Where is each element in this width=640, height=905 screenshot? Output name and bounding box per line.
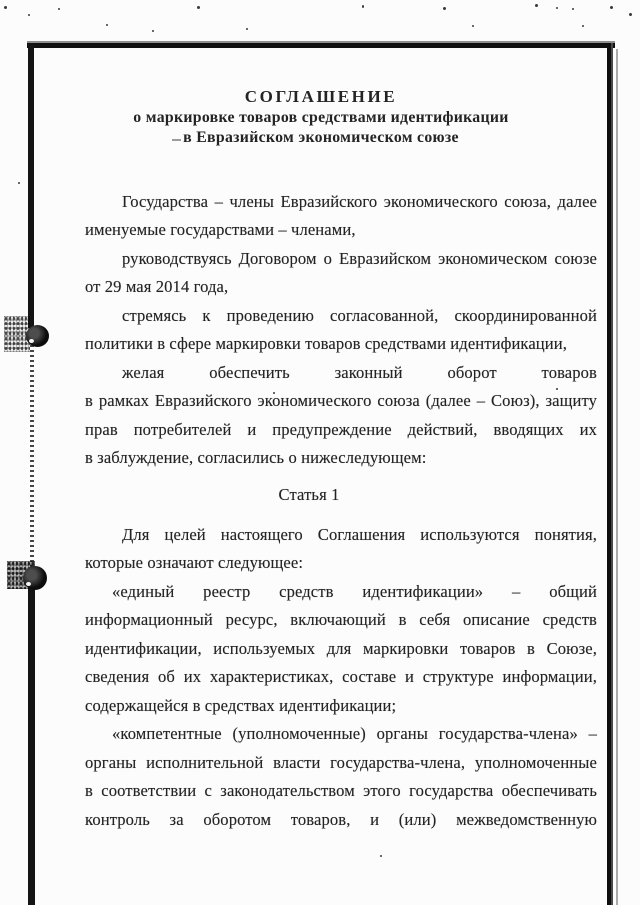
body-text: Государства – члены Евразийского экономи… [85, 188, 597, 834]
ink-speck [18, 182, 20, 184]
doc-title: СОГЛАШЕНИЕ о маркировке товаров средства… [65, 87, 577, 149]
body-text-line: информационный ресурс, включающий в себя… [85, 606, 597, 634]
ink-speck [4, 6, 7, 9]
body-text-line: Государства – члены Евразийского экономи… [85, 188, 597, 216]
ink-speck [246, 28, 248, 30]
body-text-line: в заблуждение, согласились о нижеследующ… [85, 444, 597, 472]
binding-line-lower [28, 586, 35, 905]
body-text-line: содержащейся в средствах идентификации; [85, 692, 597, 720]
body-text-line: которые означают следующее: [85, 549, 597, 577]
body-text-line: руководствуясь Договором о Евразийском э… [85, 245, 597, 273]
ink-speck [197, 6, 200, 9]
ink-speck [443, 7, 446, 10]
body-text-line: сведения об их характеристиках, составе … [85, 663, 597, 691]
body-text-line: от 29 мая 2014 года, [85, 273, 597, 301]
doc-title-line: о маркировке товаров средствами идентифи… [65, 108, 577, 129]
article-heading: Статья 1 [53, 481, 565, 509]
body-text-line: Для целей настоящего Соглашения использу… [85, 521, 597, 549]
doc-title-line: СОГЛАШЕНИЕ [65, 87, 577, 108]
page-edge-shadow [616, 49, 618, 905]
body-text-line: стремясь к проведению согласованной, ско… [85, 302, 597, 330]
body-text-line: органы исполнительной власти государства… [85, 749, 597, 777]
ink-speck [629, 13, 632, 16]
page-frame-top [27, 41, 615, 48]
page-frame-right [607, 43, 613, 905]
doc-title-line: в Евразийском экономическом союзе [65, 128, 577, 149]
ink-speck [152, 30, 154, 32]
ink-speck [58, 8, 60, 10]
body-text-line: именуемые государствами – членами, [85, 216, 597, 244]
body-text-line: прав потребителей и предупреждение дейст… [85, 416, 597, 444]
body-text-line: политики в сфере маркировки товаров сред… [85, 330, 597, 358]
ink-speck [572, 8, 574, 10]
binding-thread [30, 345, 34, 569]
body-text-line: идентификации, используемых для маркиров… [85, 635, 597, 663]
scanned-page: СОГЛАШЕНИЕ о маркировке товаров средства… [0, 0, 640, 905]
ink-speck [28, 14, 30, 16]
ink-speck [556, 7, 558, 9]
binding-brad-bottom [23, 566, 47, 590]
body-text-line: «единый реестр средств идентификации» – … [85, 578, 597, 606]
ink-speck [535, 4, 538, 7]
ink-speck [472, 25, 474, 27]
body-text-line: в рамках Евразийского экономического сою… [85, 387, 597, 415]
ink-speck [610, 6, 613, 9]
body-text-line: желая обеспечить законный оборот товаров [85, 359, 597, 387]
body-text-line: в соответствии с законодательством этого… [85, 777, 597, 805]
body-text-line: контроль за оборотом товаров, и (или) ме… [85, 806, 597, 834]
ink-speck [106, 24, 108, 26]
ink-speck [380, 855, 382, 857]
body-text-line: «компетентные (уполномоченные) органы го… [85, 720, 597, 748]
ink-speck [362, 5, 364, 8]
ink-speck [582, 25, 584, 27]
binding-brad-top [26, 325, 49, 347]
binding-line-upper [28, 44, 34, 328]
